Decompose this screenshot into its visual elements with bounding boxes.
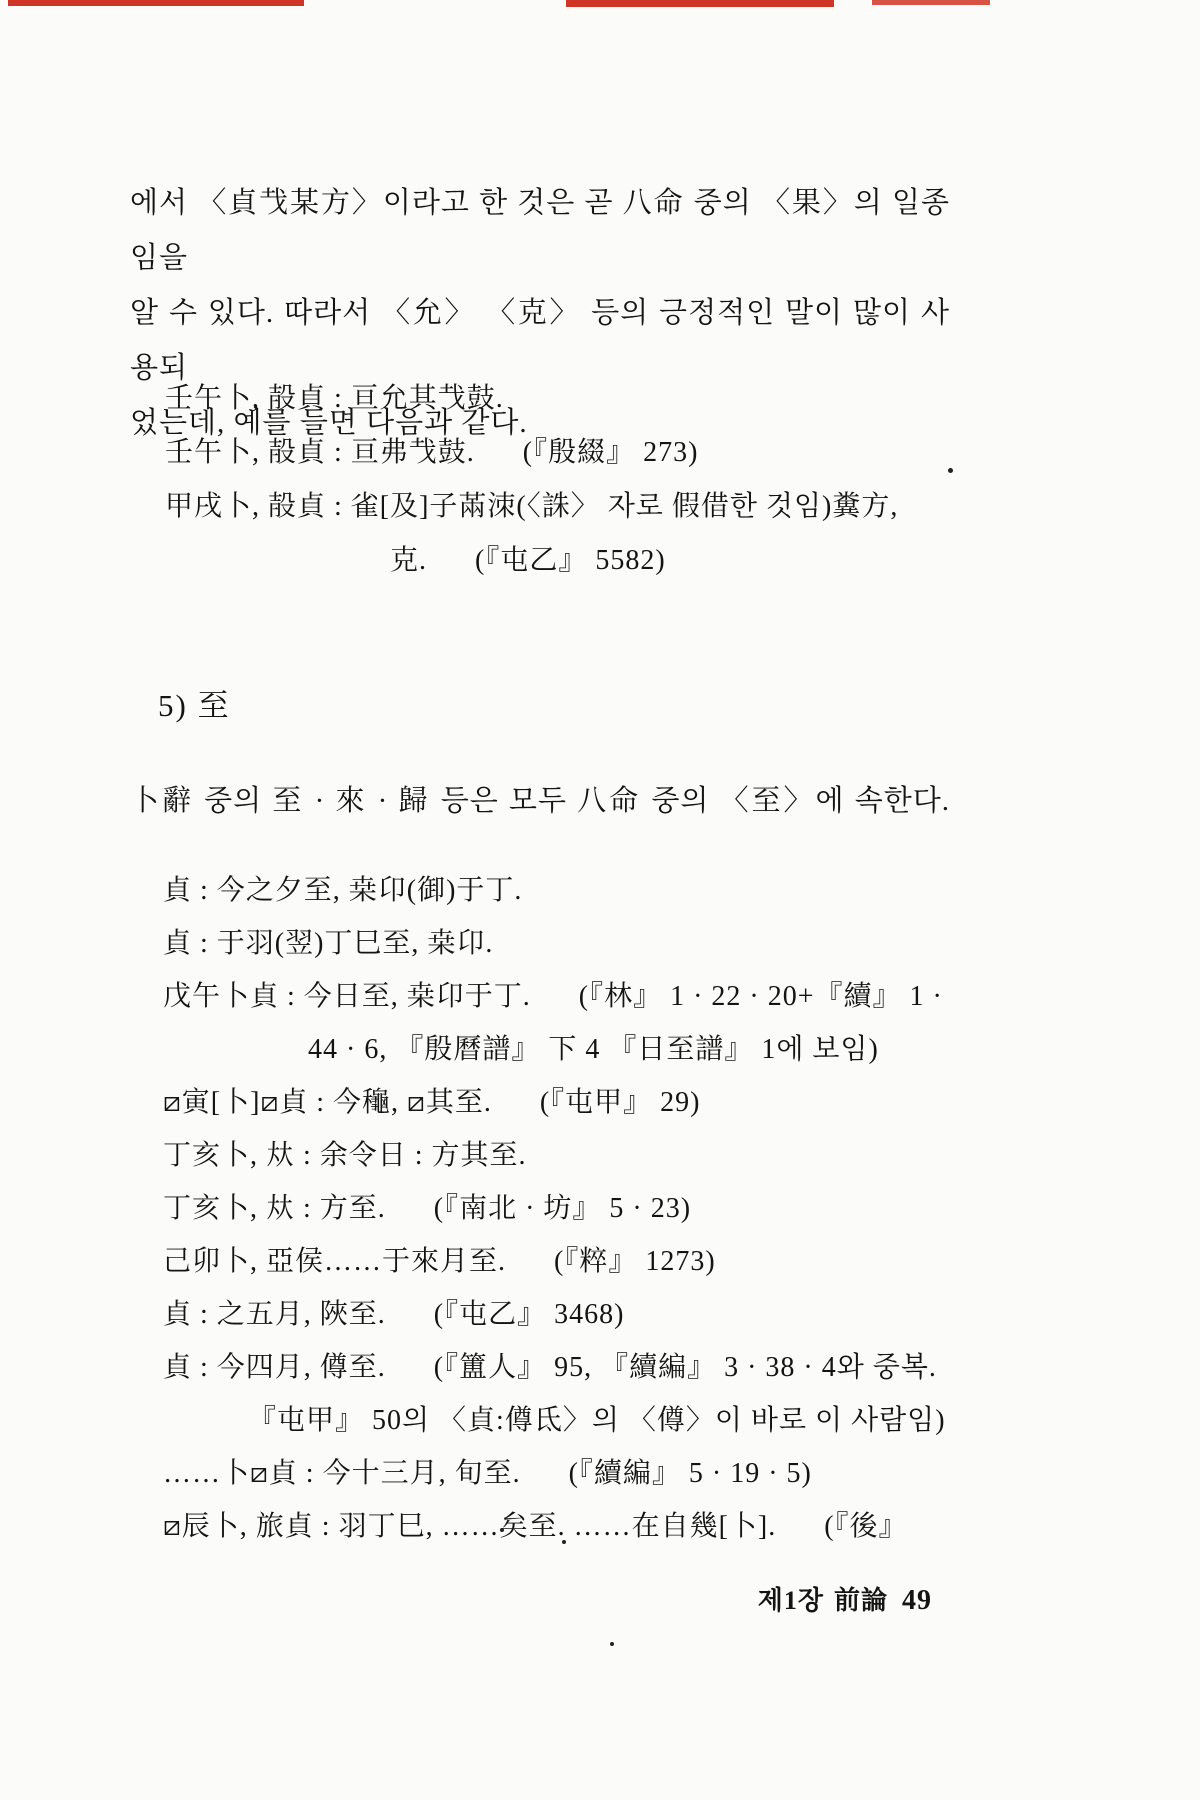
body-paragraph: 卜辭 중의 至 · 來 · 歸 등은 모두 八命 중의 〈至〉에 속한다. xyxy=(130,776,950,826)
inscription-line: 貞 : 于羽(翌)丁巳至, 桒卬. xyxy=(163,917,983,970)
inscription-line: 丁亥卜, 夶 : 余令日 : 方其至. xyxy=(163,1129,983,1182)
scan-artifact xyxy=(566,0,834,7)
inscription-line: 貞 : 今之夕至, 桒卬(御)于丁. xyxy=(163,864,983,917)
footer-chapter: 제1장 xyxy=(758,1586,824,1615)
page-footer: 제1장前論49 xyxy=(130,1580,932,1617)
inscription-line: 戊午卜貞 : 今日至, 桒卬于丁. (『林』 1 · 22 · 20+『續』 1… xyxy=(163,970,983,1023)
scan-speck xyxy=(610,1642,614,1646)
inscription-line: 貞 : 今四月, 僔至. (『簠人』 95, 『續編』 3 · 38 · 4와 … xyxy=(163,1341,983,1394)
inscription-line: ⧄辰卜, 旅貞 : 羽丁巳, ……矣至. ……在自幾[卜]. (『後』 xyxy=(163,1500,983,1553)
footer-section: 前論 xyxy=(834,1586,888,1615)
inscription-line: 丁亥卜, 夶 : 方至. (『南北 · 坊』 5 · 23) xyxy=(163,1182,983,1235)
inscription-line: 己卯卜, 亞侯……于來月至. (『粹』 1273) xyxy=(163,1235,983,1288)
scan-artifact xyxy=(872,0,990,5)
inscription-line: ⧄寅[卜]⧄貞 : 今龝, ⧄其至. (『屯甲』 29) xyxy=(163,1076,983,1129)
inscription-line: 壬午卜, 㱿貞 : 亘允其𢦏鼓. xyxy=(165,372,985,426)
paragraph-line: 에서 〈貞𢦏某方〉이라고 한 것은 곧 八命 중의 〈果〉의 일종임을 xyxy=(130,176,950,286)
inscription-line: 克. (『屯乙』 5582) xyxy=(390,534,985,588)
inscription-line: 甲戌卜, 㱿貞 : 雀[及]子㒼洓(〈誅〉 자로 假借한 것임)糞方, xyxy=(165,480,985,534)
inscription-line: 貞 : 之五月, 陜至. (『屯乙』 3468) xyxy=(163,1288,983,1341)
page-number: 49 xyxy=(902,1585,932,1616)
paragraph-line: 卜辭 중의 至 · 來 · 歸 등은 모두 八命 중의 〈至〉에 속한다. xyxy=(130,776,950,826)
book-page: 에서 〈貞𢦏某方〉이라고 한 것은 곧 八命 중의 〈果〉의 일종임을 알 수 … xyxy=(0,0,1200,1800)
scan-artifact xyxy=(8,0,304,6)
inscription-line: 44 · 6, 『殷曆譜』 下 4 『日至譜』 1에 보임) xyxy=(308,1023,983,1076)
inscription-line: 『屯甲』 50의 〈貞:僔氐〉의 〈僔〉이 바로 이 사람임) xyxy=(248,1394,983,1447)
inscription-line: ……卜⧄貞 : 今十三月, 旬至. (『續編』 5 · 19 · 5) xyxy=(163,1447,983,1500)
section-heading: 5) 至 xyxy=(158,686,231,726)
inscription-block-1: 壬午卜, 㱿貞 : 亘允其𢦏鼓. 壬午卜, 㱿貞 : 亘弗𢦏鼓. (『殷綴』 2… xyxy=(165,372,985,588)
inscription-block-2: 貞 : 今之夕至, 桒卬(御)于丁. 貞 : 于羽(翌)丁巳至, 桒卬. 戊午卜… xyxy=(163,864,983,1553)
inscription-line: 壬午卜, 㱿貞 : 亘弗𢦏鼓. (『殷綴』 273) xyxy=(165,426,985,480)
